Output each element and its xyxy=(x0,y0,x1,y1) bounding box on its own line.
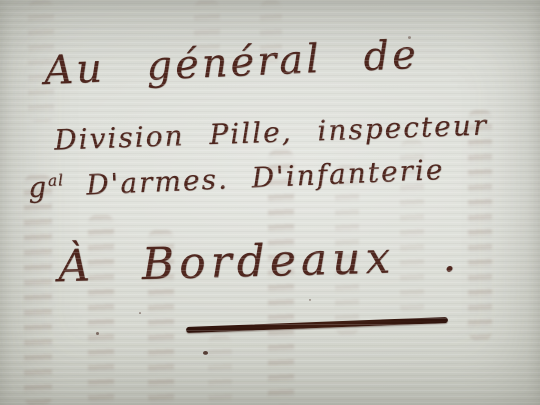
manuscript-photo: Au général de Division Pille, inspecteur… xyxy=(0,0,540,405)
address-line-2: Division Pille, inspecteur xyxy=(54,108,489,156)
ink-speck xyxy=(139,312,141,314)
ink-speck xyxy=(203,351,208,355)
ink-speck xyxy=(96,332,99,335)
address-line-1: Au général de xyxy=(43,32,419,94)
ink-speck xyxy=(408,36,411,39)
address-line-3: galD'armes. D'infanterie xyxy=(27,153,445,204)
address-line-3-text: D'armes. D'infanterie xyxy=(85,153,445,202)
destination-line: À Bordeaux . xyxy=(57,231,461,293)
general-abbreviation: gal xyxy=(27,170,64,205)
ink-speck xyxy=(309,299,311,301)
bleedthrough-column xyxy=(468,110,492,340)
bleedthrough-column xyxy=(208,335,232,405)
general-abbreviation-superscript: al xyxy=(47,171,64,190)
bleedthrough-column xyxy=(24,175,52,405)
general-abbreviation-base: g xyxy=(27,170,48,204)
underline-stroke xyxy=(186,317,448,333)
